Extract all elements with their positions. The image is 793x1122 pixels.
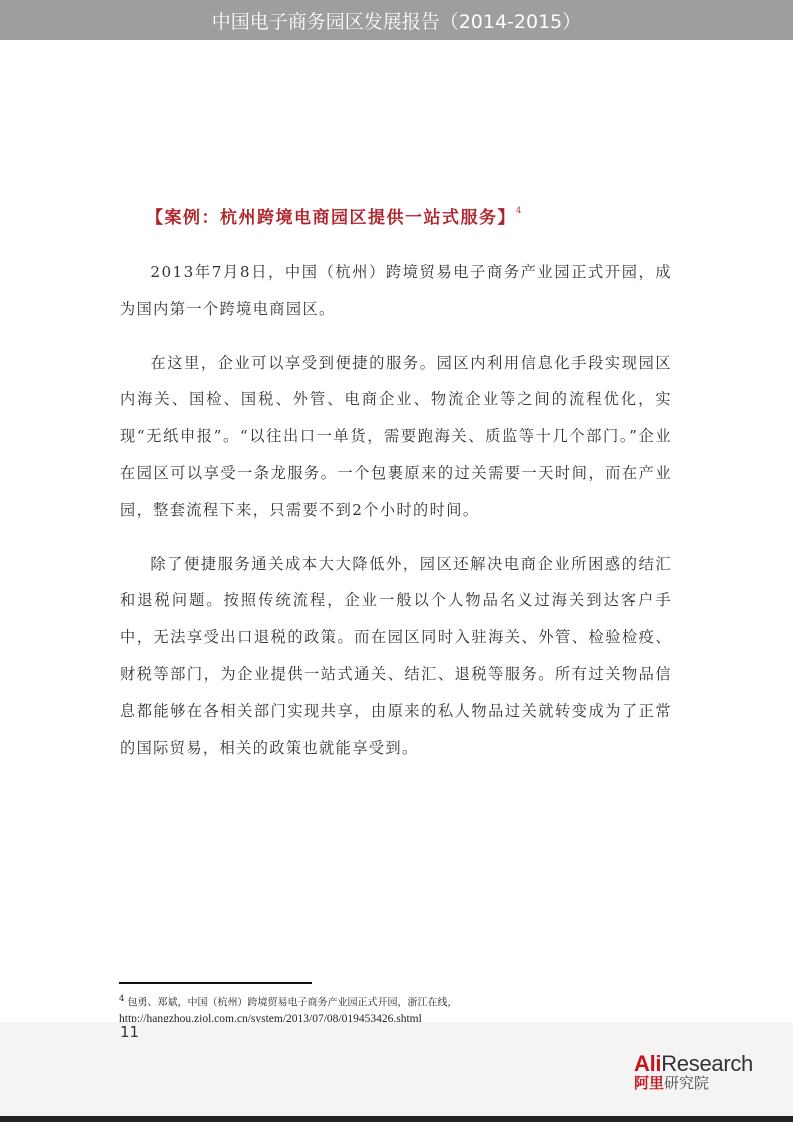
footnote-number: 4: [119, 993, 124, 1003]
logo-english: AliResearch: [634, 1053, 753, 1075]
page-number: 11: [120, 1023, 139, 1041]
case-study-title: 【案例：杭州跨境电商园区提供一站式服务】: [146, 208, 516, 228]
case-study-body: 2013年7月8日，中国（杭州）跨境贸易电子商务产业园正式开园，成为国内第一个跨…: [120, 254, 672, 783]
logo-cn-dark-text: 研究院: [664, 1074, 709, 1092]
logo-cn-red-text: 阿里: [634, 1074, 664, 1092]
case-study-heading: 【案例：杭州跨境电商园区提供一站式服务】4: [146, 203, 523, 228]
footnote-text: 包勇、郑斌，中国（杭州）跨境贸易电子商务产业园正式开园，浙江在线，: [128, 997, 458, 1008]
paragraph-services: 在这里，企业可以享受到便捷的服务。园区内利用信息化手段实现园区内海关、国检、国税…: [120, 345, 672, 529]
footnote-citation: 4 包勇、郑斌，中国（杭州）跨境贸易电子商务产业园正式开园，浙江在线，: [119, 990, 679, 1011]
logo-research-text: Research: [661, 1051, 753, 1076]
paragraph-opening: 2013年7月8日，中国（杭州）跨境贸易电子商务产业园正式开园，成为国内第一个跨…: [120, 254, 672, 328]
paragraph-tax-refund: 除了便捷服务通关成本大大降低外，园区还解决电商企业所困惑的结汇和退税问题。按照传…: [120, 546, 672, 767]
report-header-bar: 中国电子商务园区发展报告（2014-2015）: [0, 0, 793, 40]
aliresearch-logo: AliResearch 阿里研究院: [634, 1053, 753, 1092]
logo-ali-text: Ali: [634, 1051, 661, 1076]
report-title: 中国电子商务园区发展报告（2014-2015）: [212, 7, 582, 34]
bottom-edge-bar: [0, 1116, 793, 1122]
footnote-reference[interactable]: 4: [516, 206, 523, 215]
logo-chinese: 阿里研究院: [634, 1075, 753, 1092]
footnote-divider: [119, 982, 312, 984]
